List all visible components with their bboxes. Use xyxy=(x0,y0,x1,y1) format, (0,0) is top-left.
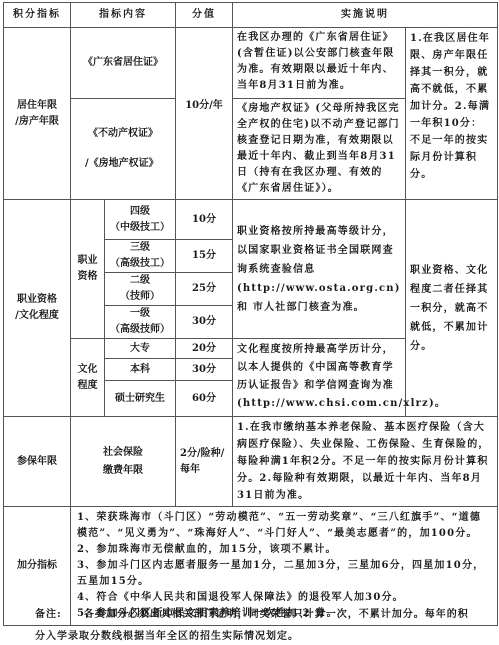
insurance-desc: 1.在我市缴纳基本养老保险、基本医疗保险（含大病医疗保险）、失业保险、工伤保险、… xyxy=(233,417,498,507)
table-header-row: 积分指标 指标内容 分值 实施说明 xyxy=(4,3,498,28)
footer-note-label: 备注: xyxy=(35,609,62,620)
header-indicator: 积分指标 xyxy=(4,3,71,28)
vocational-level-3: 三级（高级技工） xyxy=(105,240,176,273)
points-table-page: 积分指标 指标内容 分值 实施说明 居住年限/房产年限 《广东省居住证》 10分… xyxy=(0,0,499,645)
residency-indicator: 居住年限/房产年限 xyxy=(4,28,71,200)
residency-score: 10分/年 xyxy=(176,28,233,200)
education-level-bachelor: 本科 xyxy=(105,359,176,381)
education-label: 文化程度 xyxy=(71,339,105,417)
residency-desc-property: 《房地产权证》(父母所持我区完全产权的住宅)以不动产登记部门核查登记日期为准，有… xyxy=(233,99,406,200)
qualification-note: 职业资格、文化程度二者任择其一积分，就高不就低，不累加计分。 xyxy=(406,200,498,417)
vocational-score-2: 25分 xyxy=(176,273,233,306)
vocational-level-4: 四级（中级技工） xyxy=(105,200,176,240)
education-desc: 文化程度按所持最高学历计分，以本人提供的《中国高等教育学历认证报告》和学信网查询… xyxy=(233,339,406,417)
qualification-indicator: 职业资格/文化程度 xyxy=(4,200,71,417)
insurance-score: 2分/险种/每年 xyxy=(176,417,233,507)
education-score-associate: 20分 xyxy=(176,339,233,359)
education-level-associate: 大专 xyxy=(105,339,176,359)
footer-note-line2: 分入学录取分数线根据当年全区的招生实际情况划定。 xyxy=(35,626,490,645)
residency-item-property: 《不动产权证》/《房地产权证》 xyxy=(71,99,176,200)
vocational-score-3: 15分 xyxy=(176,240,233,273)
footer-note: 备注:各类加分必须出具相关部门证明，同类荣誉只计算一次，不累计加分。每年的积 分… xyxy=(35,604,490,645)
bonus-item-1: 1、荣获珠海市（斗门区）“劳动模范”、“五一劳动奖章”、“三八红旗手”、“道德模… xyxy=(77,510,491,542)
education-score-bachelor: 30分 xyxy=(176,359,233,381)
vocational-label: 职业资格 xyxy=(71,200,105,339)
bonus-item-3: 3、参加斗门区内志愿者服务一星加1分，二星加3分，三星加6分，四星加10分，五星… xyxy=(77,558,491,590)
table-row: 职业资格/文化程度 职业资格 四级（中级技工） 10分 职业资格按所持最高等级计… xyxy=(4,200,498,240)
vocational-level-1: 一级（高级技师） xyxy=(105,306,176,339)
vocational-level-2: 二级（技师） xyxy=(105,273,176,306)
residency-item-residence-permit: 《广东省居住证》 xyxy=(71,28,176,99)
vocational-score-1: 30分 xyxy=(176,306,233,339)
education-level-master: 硕士研究生 xyxy=(105,381,176,417)
education-score-master: 60分 xyxy=(176,381,233,417)
points-table: 积分指标 指标内容 分值 实施说明 居住年限/房产年限 《广东省居住证》 10分… xyxy=(3,2,498,626)
residency-desc-permit: 在我区办理的《广东省居住证》(含暂住证)以公安部门核查年限为准。有效期限以最近十… xyxy=(233,28,406,99)
vocational-score-4: 10分 xyxy=(176,200,233,240)
table-row: 参保年限 社会保险缴费年限 2分/险种/每年 1.在我市缴纳基本养老保险、基本医… xyxy=(4,417,498,507)
header-description: 实施说明 xyxy=(233,3,498,28)
vocational-desc: 职业资格按所持最高等级计分，以国家职业资格证书全国联网查询系统查验信息(http… xyxy=(233,200,406,339)
table-row: 居住年限/房产年限 《广东省居住证》 10分/年 在我区办理的《广东省居住证》(… xyxy=(4,28,498,99)
header-score: 分值 xyxy=(176,3,233,28)
footer-note-line1: 各类加分必须出具相关部门证明，同类荣誉只计算一次，不累计加分。每年的积 xyxy=(84,609,469,620)
header-content: 指标内容 xyxy=(71,3,176,28)
insurance-indicator: 参保年限 xyxy=(4,417,71,507)
residency-note: 1.在我区居住年限、房产年限任择其一积分，就高不就低，不累加计分。2.每满一年积… xyxy=(406,28,498,200)
insurance-content: 社会保险缴费年限 xyxy=(71,417,176,507)
bonus-item-2: 2、参加珠海市无偿献血的，加15分，该项不累计。 xyxy=(77,542,491,558)
